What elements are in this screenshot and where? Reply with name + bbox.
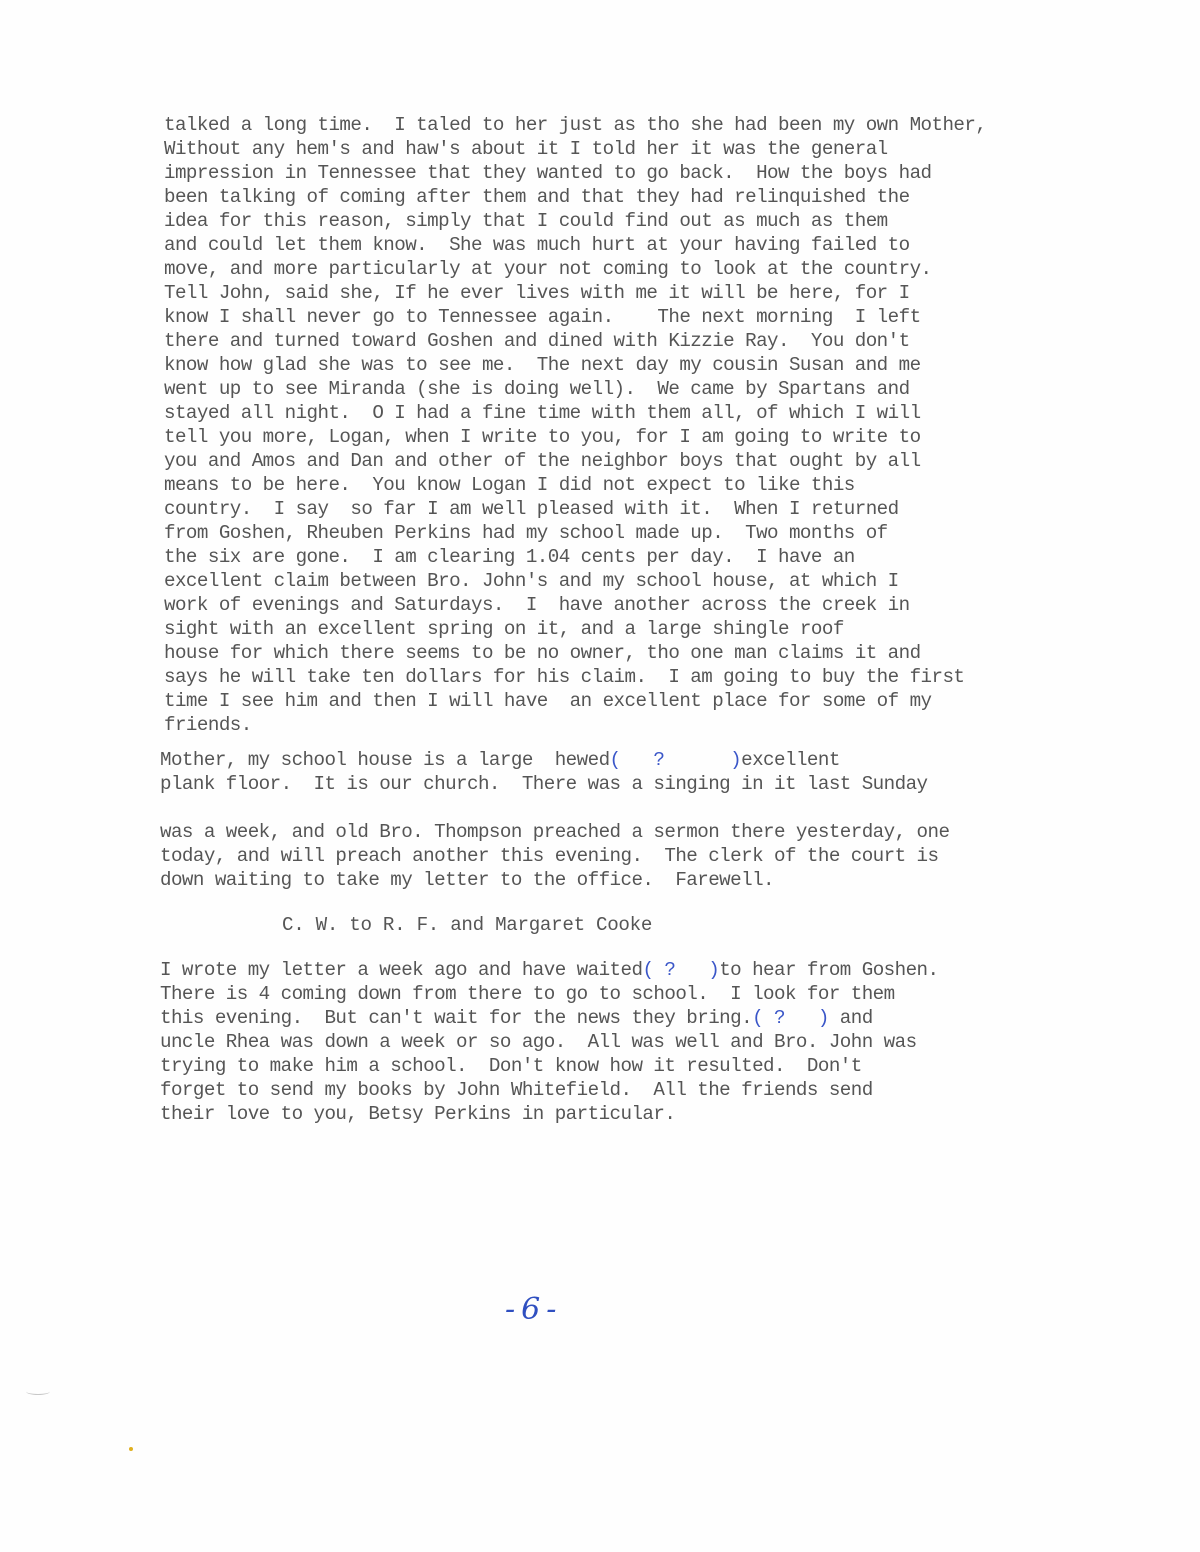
text-line: impression in Tennessee that they wanted… xyxy=(164,161,986,185)
text-line: tell you more, Logan, when I write to yo… xyxy=(164,425,986,449)
text-line: means to be here. You know Logan I did n… xyxy=(164,473,986,497)
text-line: friends. xyxy=(164,713,986,737)
text-line: country. I say so far I am well pleased … xyxy=(164,497,986,521)
text-line: went up to see Miranda (she is doing wel… xyxy=(164,377,986,401)
text-line: Mother, my school house is a large hewed… xyxy=(160,748,928,772)
text-line: time I see him and then I will have an e… xyxy=(164,689,986,713)
text-line: today, and will preach another this even… xyxy=(160,844,949,868)
handwritten-query-annotation: ( ? ) xyxy=(610,749,742,771)
typewritten-letter-page: talked a long time. I taled to her just … xyxy=(0,0,1200,1552)
text-line: Without any hem's and haw's about it I t… xyxy=(164,137,986,161)
text-line: sight with an excellent spring on it, an… xyxy=(164,617,986,641)
text-line: know how glad she was to see me. The nex… xyxy=(164,353,986,377)
text-line: work of evenings and Saturdays. I have a… xyxy=(164,593,986,617)
text-line: I wrote my letter a week ago and have wa… xyxy=(160,958,939,982)
letter-paragraph-4: I wrote my letter a week ago and have wa… xyxy=(160,958,939,1126)
text-line: idea for this reason, simply that I coul… xyxy=(164,209,986,233)
handwritten-query-annotation: ( ? ) xyxy=(642,959,719,981)
text-line: trying to make him a school. Don't know … xyxy=(160,1054,939,1078)
letter-paragraph-2: Mother, my school house is a large hewed… xyxy=(160,748,928,796)
text-line: and could let them know. She was much hu… xyxy=(164,233,986,257)
text-line: you and Amos and Dan and other of the ne… xyxy=(164,449,986,473)
text-line: talked a long time. I taled to her just … xyxy=(164,113,986,137)
text-line: move, and more particularly at your not … xyxy=(164,257,986,281)
text-line: Tell John, said she, If he ever lives wi… xyxy=(164,281,986,305)
text-line: says he will take ten dollars for his cl… xyxy=(164,665,986,689)
text-line: excellent claim between Bro. John's and … xyxy=(164,569,986,593)
text-line: forget to send my books by John Whitefie… xyxy=(160,1078,939,1102)
text-line: was a week, and old Bro. Thompson preach… xyxy=(160,820,949,844)
text-line: uncle Rhea was down a week or so ago. Al… xyxy=(160,1030,939,1054)
section-heading: C. W. to R. F. and Margaret Cooke xyxy=(282,913,652,937)
text-line: from Goshen, Rheuben Perkins had my scho… xyxy=(164,521,986,545)
text-line: been talking of coming after them and th… xyxy=(164,185,986,209)
text-line: plank floor. It is our church. There was… xyxy=(160,772,928,796)
handwritten-query-annotation: ( ? ) xyxy=(752,1007,829,1029)
handwritten-page-number: -6- xyxy=(505,1292,562,1327)
letter-paragraph-3: was a week, and old Bro. Thompson preach… xyxy=(160,820,949,892)
text-line: house for which there seems to be no own… xyxy=(164,641,986,665)
text-line: know I shall never go to Tennessee again… xyxy=(164,305,986,329)
margin-pencil-mark xyxy=(26,1388,50,1395)
text-line: stayed all night. O I had a fine time wi… xyxy=(164,401,986,425)
text-line: down waiting to take my letter to the of… xyxy=(160,868,949,892)
letter-paragraph-1: talked a long time. I taled to her just … xyxy=(164,113,986,737)
text-line: this evening. But can't wait for the new… xyxy=(160,1006,939,1030)
text-line: there and turned toward Goshen and dined… xyxy=(164,329,986,353)
text-line: their love to you, Betsy Perkins in part… xyxy=(160,1102,939,1126)
ink-spot xyxy=(129,1447,133,1451)
text-line: the six are gone. I am clearing 1.04 cen… xyxy=(164,545,986,569)
text-line: There is 4 coming down from there to go … xyxy=(160,982,939,1006)
